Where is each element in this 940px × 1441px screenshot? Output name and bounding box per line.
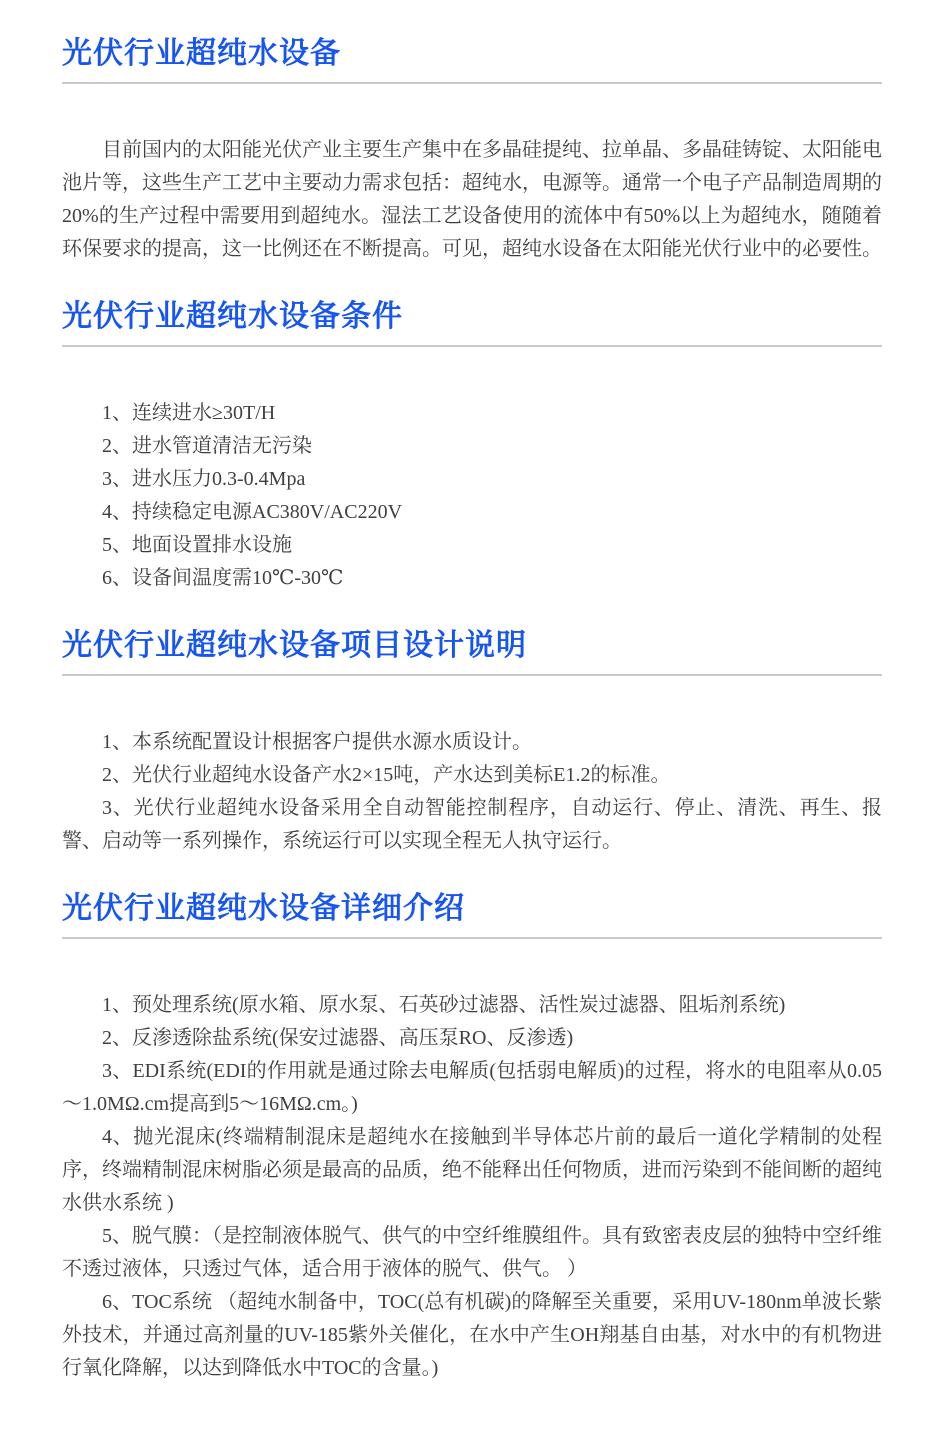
section-body: 目前国内的太阳能光伏产业主要生产集中在多晶硅提纯、拉单晶、多晶硅铸锭、太阳能电池… — [62, 134, 882, 266]
intro-paragraph: 目前国内的太阳能光伏产业主要生产集中在多晶硅提纯、拉单晶、多晶硅铸锭、太阳能电池… — [62, 134, 882, 266]
section-heading: 光伏行业超纯水设备条件 — [62, 296, 882, 338]
list-item: 6、设备间温度需10℃-30℃ — [62, 562, 882, 595]
section-body: 1、连续进水≥30T/H 2、进水管道清洁无污染 3、进水压力0.3-0.4Mp… — [62, 397, 882, 595]
list-item: 2、进水管道清洁无污染 — [62, 430, 882, 463]
list-item: 5、地面设置排水设施 — [62, 529, 882, 562]
heading-divider — [62, 674, 882, 676]
section-body: 1、本系统配置设计根据客户提供水源水质设计。 2、光伏行业超纯水设备产水2×15… — [62, 726, 882, 858]
section-heading: 光伏行业超纯水设备 — [62, 33, 882, 75]
section-heading: 光伏行业超纯水设备项目设计说明 — [62, 625, 882, 667]
list-item: 2、光伏行业超纯水设备产水2×15吨，产水达到美标E1.2的标准。 — [62, 759, 882, 792]
document-page: 光伏行业超纯水设备 目前国内的太阳能光伏产业主要生产集中在多晶硅提纯、拉单晶、多… — [0, 0, 940, 1441]
heading-divider — [62, 345, 882, 347]
section-design-notes: 光伏行业超纯水设备项目设计说明 1、本系统配置设计根据客户提供水源水质设计。 2… — [62, 625, 882, 858]
heading-divider — [62, 937, 882, 939]
list-item: 3、EDI系统(EDI的作用就是通过除去电解质(包括弱电解质)的过程，将水的电阻… — [62, 1055, 882, 1121]
section-detailed-intro: 光伏行业超纯水设备详细介绍 1、预处理系统(原水箱、原水泵、石英砂过滤器、活性炭… — [62, 888, 882, 1385]
section-conditions: 光伏行业超纯水设备条件 1、连续进水≥30T/H 2、进水管道清洁无污染 3、进… — [62, 296, 882, 595]
heading-divider — [62, 82, 882, 84]
section-body: 1、预处理系统(原水箱、原水泵、石英砂过滤器、活性炭过滤器、阻垢剂系统) 2、反… — [62, 989, 882, 1385]
list-item: 3、光伏行业超纯水设备采用全自动智能控制程序，自动运行、停止、清洗、再生、报警、… — [62, 792, 882, 858]
list-item: 4、持续稳定电源AC380V/AC220V — [62, 496, 882, 529]
list-item: 6、TOC系统 （超纯水制备中，TOC(总有机碳)的降解至关重要，采用UV-18… — [62, 1286, 882, 1385]
section-overview: 光伏行业超纯水设备 目前国内的太阳能光伏产业主要生产集中在多晶硅提纯、拉单晶、多… — [62, 33, 882, 266]
list-item: 2、反渗透除盐系统(保安过滤器、高压泵RO、反渗透) — [62, 1022, 882, 1055]
section-heading: 光伏行业超纯水设备详细介绍 — [62, 888, 882, 930]
list-item: 1、本系统配置设计根据客户提供水源水质设计。 — [62, 726, 882, 759]
list-item: 5、脱气膜：（是控制液体脱气、供气的中空纤维膜组件。具有致密表皮层的独特中空纤维… — [62, 1220, 882, 1286]
list-item: 3、进水压力0.3-0.4Mpa — [62, 463, 882, 496]
list-item: 4、抛光混床(终端精制混床是超纯水在接触到半导体芯片前的最后一道化学精制的处程序… — [62, 1121, 882, 1220]
list-item: 1、预处理系统(原水箱、原水泵、石英砂过滤器、活性炭过滤器、阻垢剂系统) — [62, 989, 882, 1022]
list-item: 1、连续进水≥30T/H — [62, 397, 882, 430]
